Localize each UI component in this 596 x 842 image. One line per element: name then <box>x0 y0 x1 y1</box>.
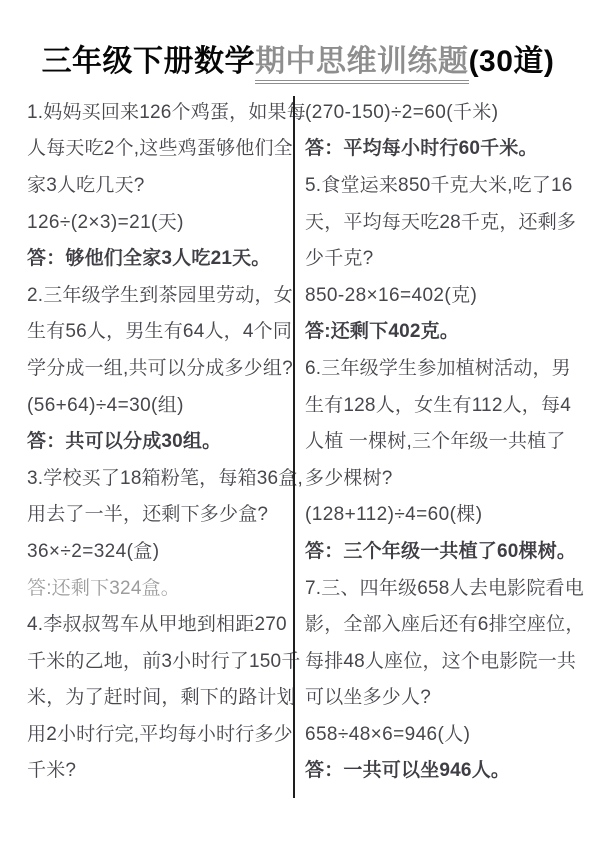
text-line: 用去了一半，还剩下多少盒? <box>27 495 293 532</box>
worksheet-body: 1.妈妈买回来126个鸡蛋，如果每人每天吃2个,这些鸡蛋够他们全家3人吃几天?1… <box>27 92 577 798</box>
title-segment-black-right: (30道) <box>469 45 555 78</box>
text-line: 天，平均每天吃28千克，还剩多 <box>305 202 577 239</box>
text-line: 4.李叔叔驾车从甲地到相距270 <box>27 604 293 641</box>
text-line: 生有128人，女生有112人，每4 <box>305 385 577 422</box>
text-line: 2.三年级学生到茶园里劳动，女 <box>27 275 293 312</box>
text-line: 每排48人座位，这个电影院一共 <box>305 641 577 678</box>
text-line: 1.妈妈买回来126个鸡蛋，如果每 <box>27 92 293 129</box>
text-line: 答：够他们全家3人吃21天。 <box>27 238 293 275</box>
text-line: 答：共可以分成30组。 <box>27 421 293 458</box>
text-line: (56+64)÷4=30(组) <box>27 385 293 422</box>
text-line: 少千克? <box>305 238 577 275</box>
text-line: 850-28×16=402(克) <box>305 275 577 312</box>
text-line: 多少棵树? <box>305 458 577 495</box>
text-line: 生有56人，男生有64人，4个同 <box>27 312 293 349</box>
title-segment-black-left: 三年级下册数学 <box>42 45 256 78</box>
text-line: 千米的乙地，前3小时行了150千 <box>27 641 293 678</box>
text-line: 126÷(2×3)=21(天) <box>27 202 293 239</box>
text-line: 家3人吃几天? <box>27 165 293 202</box>
worksheet-page: 三年级下册数学期中思维训练题(30道) 1.妈妈买回来126个鸡蛋，如果每人每天… <box>0 0 596 842</box>
text-line: 5.食堂运来850千克大米,吃了16 <box>305 165 577 202</box>
text-line: 学分成一组,共可以分成多少组? <box>27 348 293 385</box>
text-line: 答：一共可以坐946人。 <box>305 751 577 788</box>
text-line: 影，全部入座后还有6排空座位， <box>305 604 577 641</box>
text-line: 答：三个年级一共植了60棵树。 <box>305 531 577 568</box>
text-line: 答:还剩下324盒。 <box>27 568 293 605</box>
text-line: 36×÷2=324(盒) <box>27 531 293 568</box>
text-line: 千米? <box>27 751 293 788</box>
text-line: 人植 一棵树,三个年级一共植了 <box>305 421 577 458</box>
text-line: 人每天吃2个,这些鸡蛋够他们全 <box>27 129 293 166</box>
page-title: 三年级下册数学期中思维训练题(30道) <box>0 36 596 80</box>
right-column: (270-150)÷2=60(千米)答：平均每小时行60千米。5.食堂运来850… <box>295 92 577 798</box>
text-line: 米，为了赶时间，剩下的路计划 <box>27 678 293 715</box>
text-line: 658÷48×6=946(人) <box>305 714 577 751</box>
title-segment-gray-underlined: 期中思维训练题 <box>255 45 469 84</box>
text-line: 答:还剩下402克。 <box>305 312 577 349</box>
text-line: 3.学校买了18箱粉笔，每箱36盒, <box>27 458 293 495</box>
left-column: 1.妈妈买回来126个鸡蛋，如果每人每天吃2个,这些鸡蛋够他们全家3人吃几天?1… <box>27 92 293 798</box>
text-line: 6.三年级学生参加植树活动，男 <box>305 348 577 385</box>
text-line: 答：平均每小时行60千米。 <box>305 129 577 166</box>
text-line: (128+112)÷4=60(棵) <box>305 495 577 532</box>
text-line: 可以坐多少人? <box>305 678 577 715</box>
text-line: 用2小时行完,平均每小时行多少 <box>27 714 293 751</box>
text-line: 7.三、四年级658人去电影院看电 <box>305 568 577 605</box>
text-line: (270-150)÷2=60(千米) <box>305 92 577 129</box>
